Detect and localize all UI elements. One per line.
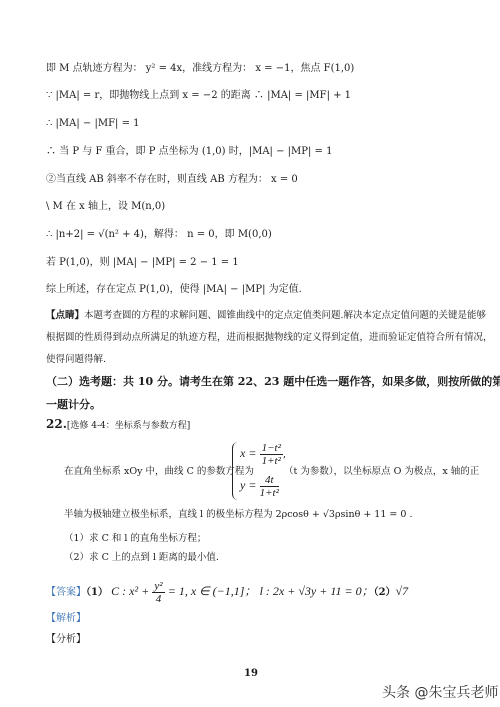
problem-tag: [选修 4-4：坐标系与参数方程] — [67, 421, 190, 431]
comment-line-1: 【点睛】本题考查圆的方程的求解问题、圆锥曲线中的定点定值类问题.解决本定点定值问… — [46, 309, 486, 323]
y-equation: y = 4t1+t² — [240, 474, 279, 499]
curve-numerator: y² — [152, 580, 164, 593]
answer-part1-label: （1） — [86, 587, 108, 598]
solution-line: ∴ 当 P 与 F 重合，即 P 点坐标为 (1,0) 时，|MA| − |MP… — [46, 145, 332, 159]
section-title-line2: 一题计分。 — [46, 398, 101, 412]
solution-line: ∴ |MA| − |MF| = 1 — [46, 117, 140, 131]
system-brace — [232, 442, 239, 500]
curve-denominator: 4 — [152, 593, 164, 605]
fenxi-label: 【分析】 — [46, 633, 86, 647]
problem-intro: 在直角坐标系 xOy 中，曲线 C 的参数方程为 — [64, 465, 254, 479]
y-fraction: 4t1+t² — [260, 474, 279, 499]
curve-fraction: y²4 — [152, 580, 164, 605]
y-denominator: 1+t² — [260, 487, 279, 499]
solution-line: 即 M 点轨迹方程为： y² = 4x，准线方程为： x = −1，焦点 F(1… — [46, 62, 354, 76]
x-equation: x = 1−t²1+t², — [240, 442, 286, 467]
y-numerator: 4t — [260, 474, 279, 487]
x-numerator: 1−t² — [260, 442, 283, 455]
answer-label: 【答案】 — [46, 587, 86, 598]
answer-line: 【答案】（1） C : x² + y²4 = 1, x ∈ (−1,1]； l … — [46, 580, 408, 605]
x-denominator: 1+t² — [260, 455, 283, 467]
solution-line: ∵ |MA| = r，即抛物线上点到 x = −2 的距离 ∴ |MA| = |… — [46, 89, 351, 103]
solution-line: ∴ |n+2| = √(n² + 4)，解得： n = 0，即 M(0,0) — [46, 228, 272, 242]
problem-line2: 半轴为极轴建立极坐标系，直线 l 的极坐标方程为 2ρcosθ + √3ρsin… — [64, 508, 412, 522]
problem-header: 22.[选修 4-4：坐标系与参数方程] — [46, 417, 190, 433]
answer-part2-value: √7 — [396, 584, 409, 598]
question-2: （2）求 C 上的点到 l 距离的最小值. — [64, 551, 219, 565]
problem-number: 22. — [46, 417, 67, 431]
comment-line-2: 根据圆的性质得到动点所满足的轨迹方程，进而根据抛物线的定义得到定值，进而验证定值… — [46, 331, 493, 345]
curve-equation-pre: C : x² + — [111, 584, 149, 598]
curve-equation-post: = 1, x ∈ (−1,1]； — [168, 584, 257, 598]
answer-part2-label: （2） — [374, 587, 396, 598]
question-1: （1）求 C 和 l 的直角坐标方程； — [64, 532, 206, 546]
comment-line-3: 使得问题得解. — [46, 353, 106, 367]
solution-line: 若 P(1,0)，则 |MA| − |MP| = 2 − 1 = 1 — [46, 256, 239, 270]
solution-line: 综上所述，存在定点 P(1,0)，使得 |MA| − |MP| 为定值. — [46, 283, 302, 297]
analysis-label: 【解析】 — [46, 612, 86, 626]
solution-line: \ M 在 x 轴上，设 M(n,0) — [46, 200, 165, 214]
problem-after-system: （t 为参数），以坐标原点 O 为极点，x 轴的正 — [284, 465, 479, 479]
section-title-line1: （二）选考题：共 10 分。请考生在第 22、23 题中任选一题作答，如果多做，… — [46, 375, 500, 389]
solution-line: ②当直线 AB 斜率不存在时，则直线 AB 方程为： x = 0 — [46, 173, 298, 187]
page-number: 19 — [244, 668, 258, 679]
comment-label: 【点睛】 — [46, 310, 84, 321]
x-lhs: x = — [240, 446, 256, 460]
y-lhs: y = — [240, 478, 256, 492]
watermark: 头条 @朱宝兵老师 — [382, 682, 498, 702]
line-equation: l : 2x + √3y + 11 = 0； — [260, 584, 374, 598]
comment-text: 本题考查圆的方程的求解问题、圆锥曲线中的定点定值类问题.解决本定点定值问题的关键… — [84, 310, 486, 321]
x-fraction: 1−t²1+t² — [260, 442, 283, 467]
